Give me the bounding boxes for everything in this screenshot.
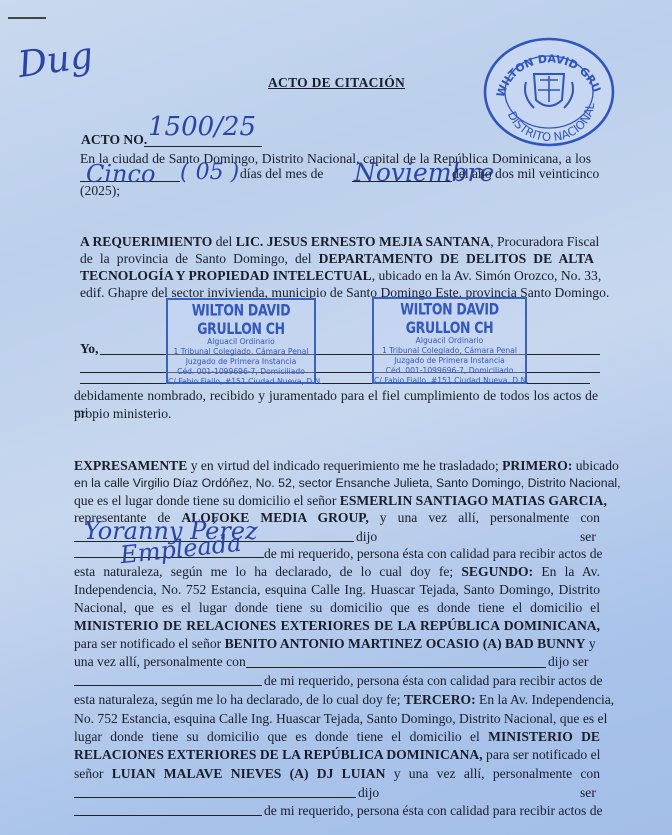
day-number-hw: ( 05 ) [180,160,239,185]
acto-no-label: ACTO NO. [81,131,147,148]
primero-line-7: esta naturaleza, según me lo ha declarad… [74,563,600,580]
acto-no-handwritten: 1500/25 [148,112,256,142]
corner-mark [8,17,46,19]
acto-no-line [144,146,262,147]
month-line [352,181,452,182]
segundo-line-6: de mi requerido, persona ésta con calida… [264,672,603,689]
segundo-role-line [74,685,262,686]
primero-line-2: en la calle Virgilio Díaz Ordóñez, No. 5… [74,475,621,492]
requerimiento-line-1: A REQUERIMIENTO del LIC. JESUS ERNESTO M… [80,233,599,250]
bailiff-stamp-1: WILTON DAVID GRULLON CH Alguacil Ordinar… [166,298,316,384]
primero-line-6: de mi requerido, persona ésta con calida… [264,545,603,562]
tercero-line-3: RELACIONES EXTERIORES DE LA REPÚBLICA DO… [74,746,600,763]
segundo-line-5a: una vez allí, personalmente con [74,653,246,670]
intro-mid: días del mes de [240,165,323,182]
segundo-line-4: para ser notificado el señor BENITO ANTO… [74,635,596,652]
tercero-line-1: No. 752 Estancia, esquina Calle Ing. Hua… [74,710,607,727]
tercero-line-4: señor LUIAN MALAVE NIEVES (A) DJ LUIAN y… [74,765,600,782]
tercero-line-6: de mi requerido, persona ésta con calida… [264,802,603,819]
primero-line-1: EXPRESAMENTE y en virtud del indicado re… [74,457,619,474]
intro-year: (2025); [80,182,120,199]
tercero-dijo: dijo [358,784,379,801]
tercero-recipient-line [74,797,356,798]
segundo-line-2: Nacional, que es el lugar donde tiene su… [74,599,600,616]
requerimiento-line-3: TECNOLOGÍA Y PROPIEDAD INTELECTUAL, ubic… [80,267,601,284]
tercero-line-2: lugar donde tiene su domicilio que es do… [74,728,600,745]
bailiff-stamp-2: WILTON DAVID GRULLON CH Alguacil Ordinar… [372,297,527,384]
primero-dijo: dijo [356,528,377,545]
segundo-line-3: MINISTERIO DE RELACIONES EXTERIORES DE L… [74,617,600,634]
segundo-line-1: Independencia, No. 752 Estancia, esquina… [74,581,600,598]
yo-label: Yo, [80,340,99,357]
segundo-recipient-line [246,667,546,668]
juramento-line-2: propio ministerio. [74,405,171,422]
segundo-dijo-ser: dijo ser [548,653,588,670]
intro-end: del año dos mil veinticinco [452,165,599,182]
tercero-ser: ser [580,784,596,801]
document-page: Dug WILTON DAVID GRULLON CHAVEZ DISTRITO… [0,0,672,835]
page-title: ACTO DE CITACIÓN [268,74,405,91]
primero-ser: ser [580,528,596,545]
requerimiento-line-4: edif. Ghapre del sector invivienda, muni… [80,284,609,301]
handwritten-initials: Dug [16,35,96,86]
official-seal-icon: WILTON DAVID GRULLON CHAVEZ DISTRITO NAC… [482,36,616,148]
segundo-line-7: esta naturaleza, según me lo ha declarad… [74,691,614,708]
requerimiento-line-2: de la provincia de Santo Domingo, del DE… [80,250,594,267]
tercero-role-line [74,815,262,816]
primero-line-3: que es el lugar donde tiene su domicilio… [74,492,607,509]
